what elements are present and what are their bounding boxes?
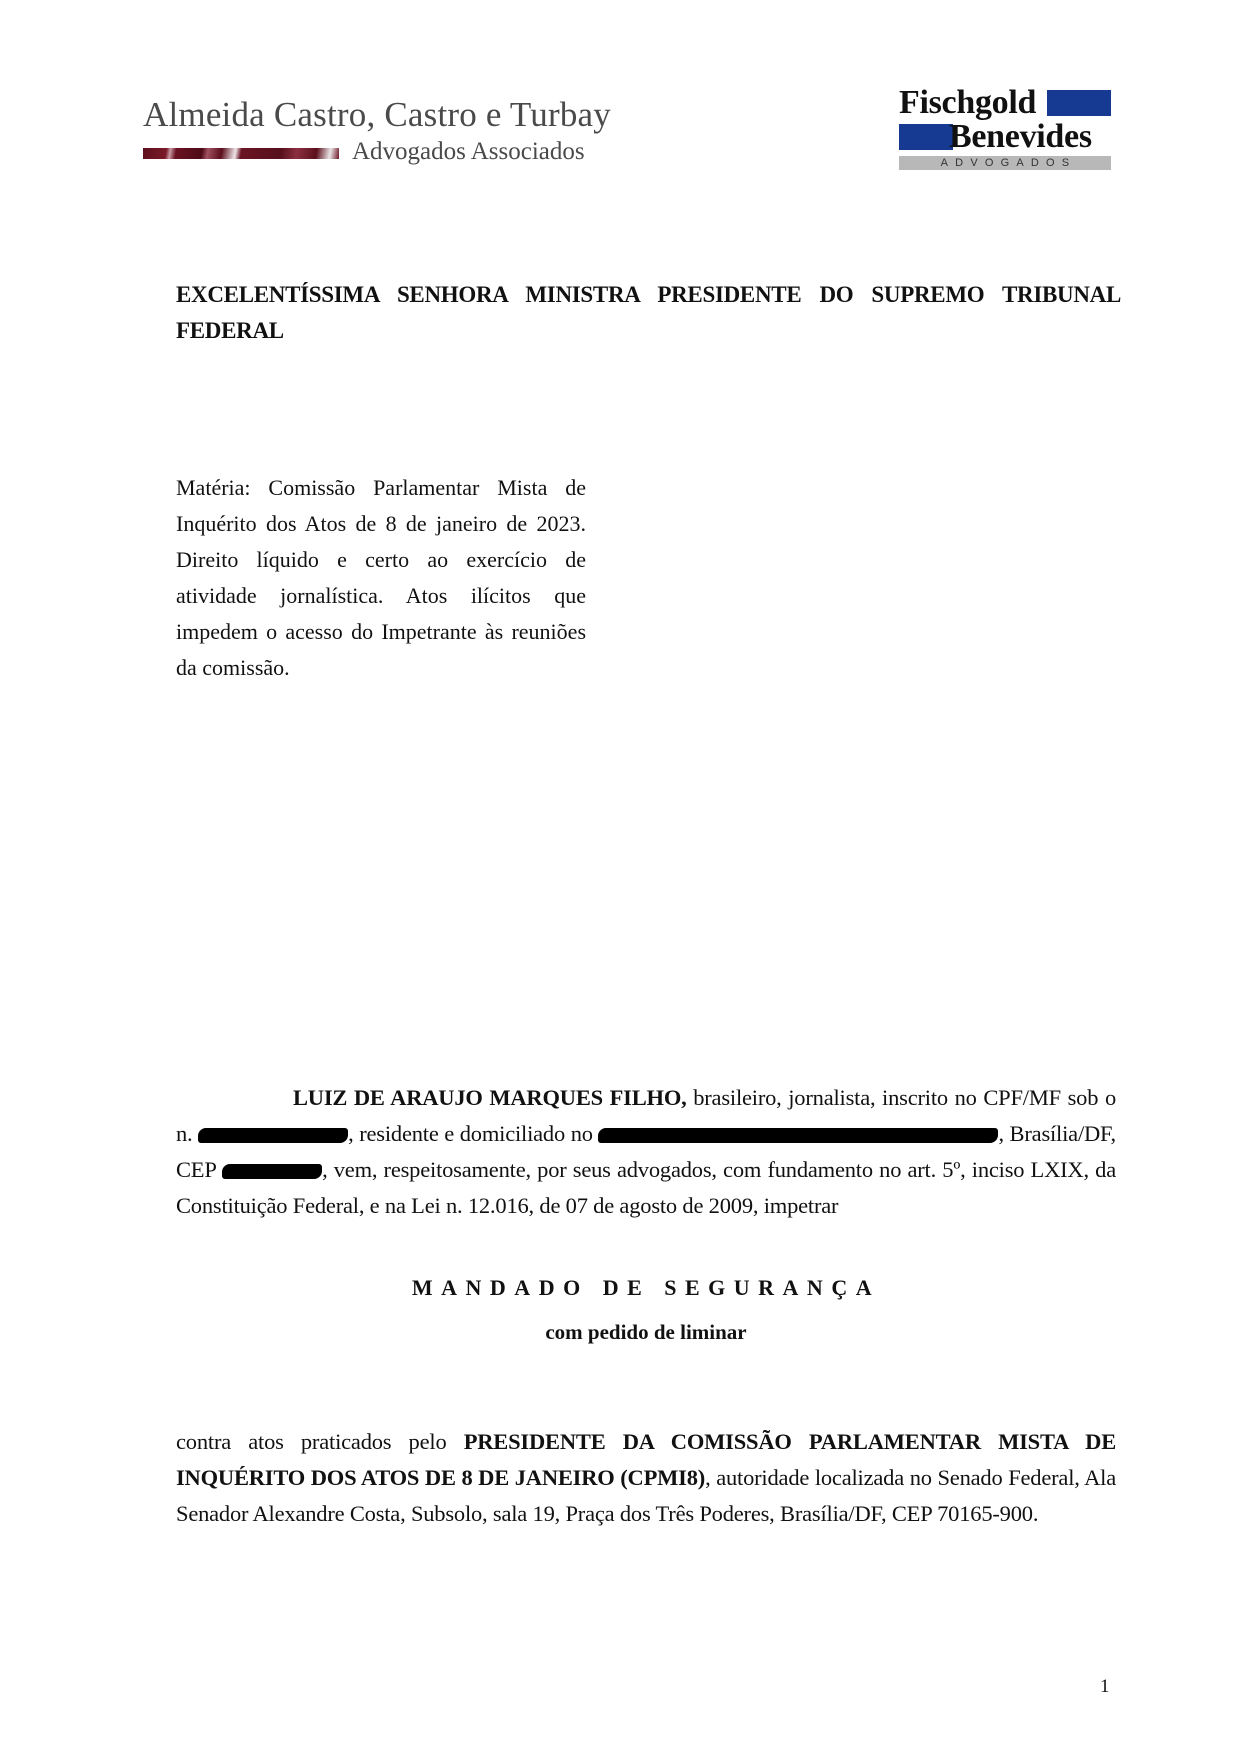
respondent-paragraph: contra atos praticados pelo PRESIDENTE D… <box>176 1424 1116 1532</box>
logo-blue-block-bottom <box>899 124 953 150</box>
page-number: 1 <box>1100 1676 1110 1698</box>
redaction-cep <box>222 1164 322 1179</box>
redaction-address <box>598 1128 998 1143</box>
petitioner-name: LUIZ DE ARAUJO MARQUES FILHO, <box>293 1085 687 1110</box>
qualification-paragraph: LUIZ DE ARAUJO MARQUES FILHO, brasileiro… <box>176 1080 1116 1224</box>
firm-logo-marble-bar <box>143 148 339 159</box>
firm-logo-left-subtitle: Advogados Associados <box>352 138 585 166</box>
redaction-cpf <box>198 1128 348 1143</box>
logo-right-tagline: ADVOGADOS <box>899 156 1111 170</box>
logo-right-line2: Benevides <box>949 118 1092 156</box>
firm-logo-right: Fischgold Benevides ADVOGADOS <box>899 88 1111 174</box>
respondent-intro: contra atos praticados pelo <box>176 1429 464 1454</box>
logo-blue-block-top <box>1047 90 1111 116</box>
firm-logo-left-title: Almeida Castro, Castro e Turbay <box>143 95 611 135</box>
action-subtitle: com pedido de liminar <box>176 1320 1116 1345</box>
action-title: MANDADO DE SEGURANÇA <box>176 1275 1116 1301</box>
logo-right-line1: Fischgold <box>899 84 1036 122</box>
subject-summary: Matéria: Comissão Parlamentar Mista de I… <box>176 470 586 686</box>
addressee-heading: EXCELENTÍSSIMA SENHORA MINISTRA PRESIDEN… <box>176 277 1121 349</box>
qualification-text-2: , residente e domiciliado no <box>348 1121 598 1146</box>
